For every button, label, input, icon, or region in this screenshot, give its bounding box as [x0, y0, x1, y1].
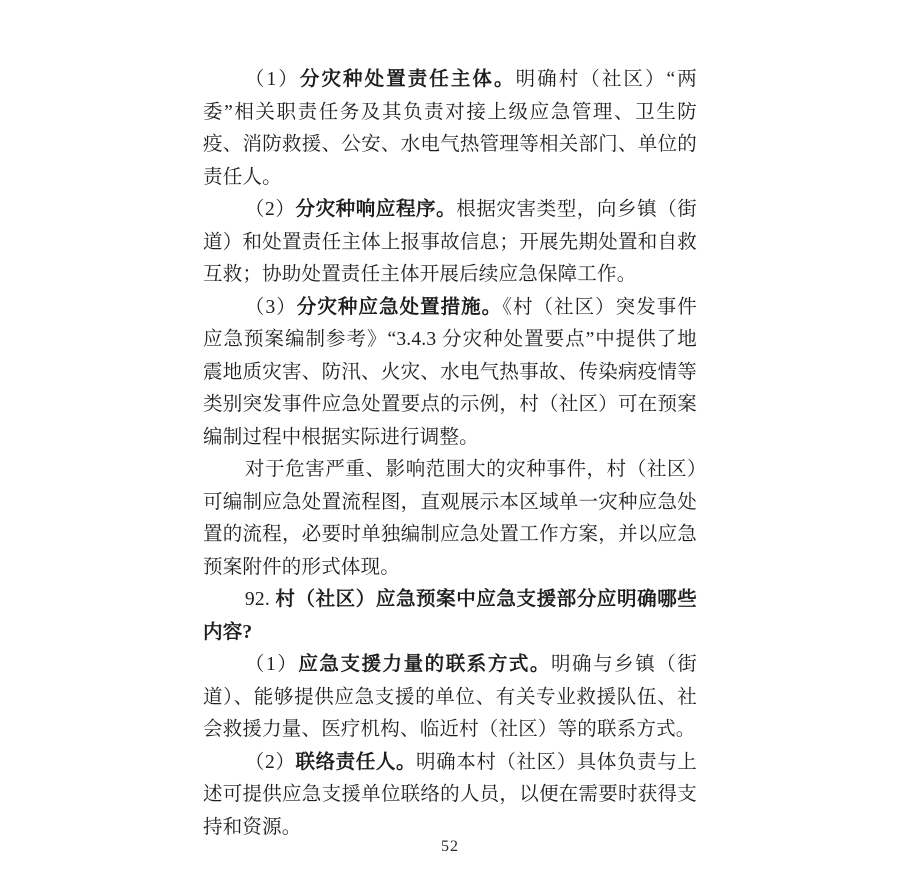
list-number: （1）	[245, 654, 298, 675]
document-page: （1）分灾种处置责任主体。明确村（社区）“两委”相关职责任务及其负责对接上级应急…	[0, 0, 900, 870]
paragraph-lead: 分灾种应急处置措施。	[297, 297, 502, 318]
question-number: 92.	[245, 589, 275, 610]
question-heading-92: 92. 村（社区）应急预案中应急支援部分应明确哪些内容?	[203, 584, 697, 649]
paragraph-body: 对于危害严重、影响范围大的灾种事件，村（社区）可编制应急处置流程图，直观展示本区…	[203, 459, 697, 578]
paragraph-lead: 分灾种响应程序。	[295, 199, 456, 220]
list-number: （2）	[245, 199, 296, 220]
paragraph-flowchart-note: 对于危害严重、影响范围大的灾种事件，村（社区）可编制应急处置流程图，直观展示本区…	[203, 454, 697, 584]
page-number: 52	[0, 838, 900, 856]
paragraph-lead: 分灾种处置责任主体。	[300, 69, 516, 90]
list-number: （3）	[245, 297, 297, 318]
paragraph-disaster-responsibility: （1）分灾种处置责任主体。明确村（社区）“两委”相关职责任务及其负责对接上级应急…	[203, 64, 697, 194]
paragraph-response-procedure: （2）分灾种响应程序。根据灾害类型，向乡镇（街道）和处置责任主体上报事故信息；开…	[203, 194, 697, 292]
list-number: （1）	[245, 69, 300, 90]
question-title: 村（社区）应急预案中应急支援部分应明确哪些内容?	[203, 589, 697, 643]
paragraph-support-contacts: （1）应急支援力量的联系方式。明确与乡镇（街道）、能够提供应急支援的单位、有关专…	[203, 649, 697, 747]
paragraph-liaison-person: （2）联络责任人。明确本村（社区）具体负责与上述可提供应急支援单位联络的人员，以…	[203, 747, 697, 845]
paragraph-body: 《村（社区）突发事件应急预案编制参考》“3.4.3 分灾种处置要点”中提供了地震…	[203, 297, 697, 448]
paragraph-emergency-measures: （3）分灾种应急处置措施。《村（社区）突发事件应急预案编制参考》“3.4.3 分…	[203, 292, 697, 455]
list-number: （2）	[245, 752, 296, 773]
text-block: （1）分灾种处置责任主体。明确村（社区）“两委”相关职责任务及其负责对接上级应急…	[203, 64, 697, 844]
paragraph-lead: 联络责任人。	[295, 752, 416, 773]
paragraph-lead: 应急支援力量的联系方式。	[298, 654, 551, 675]
